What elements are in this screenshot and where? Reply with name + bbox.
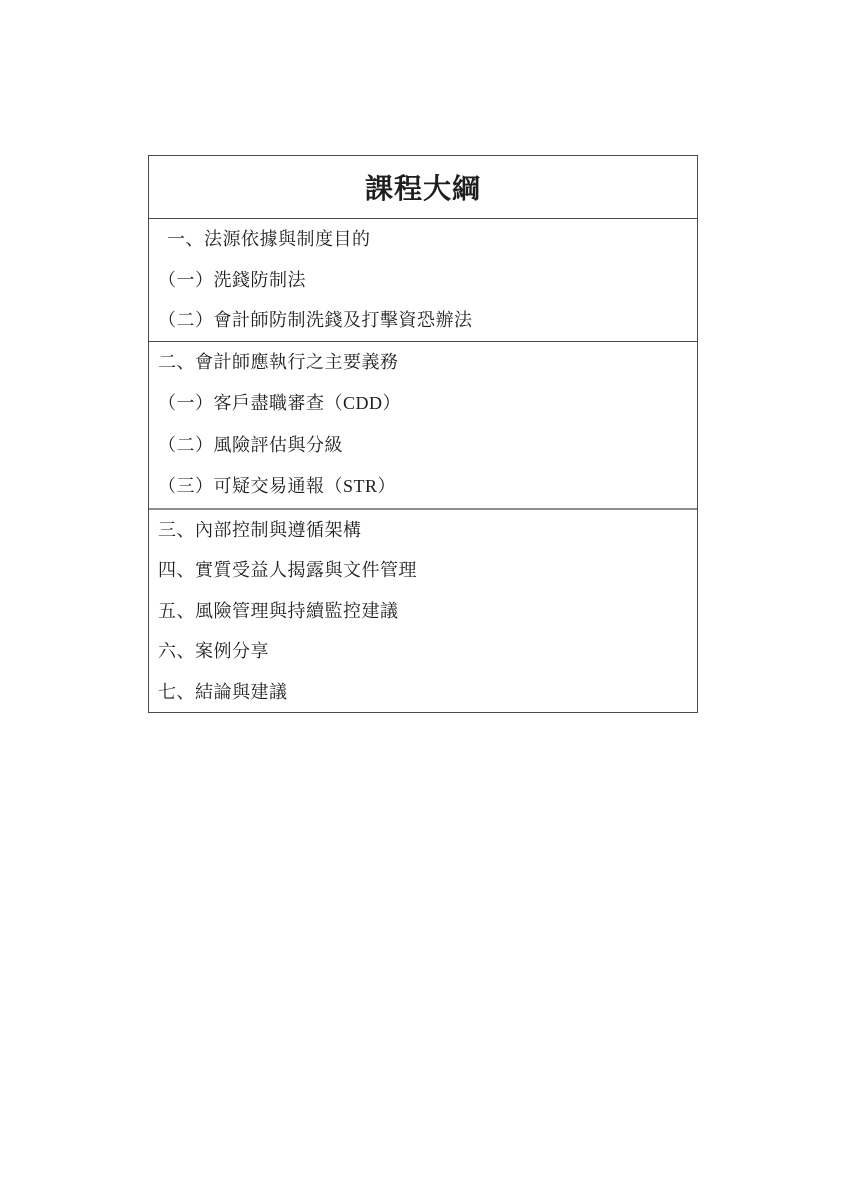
outline-item-2-3: （三）可疑交易通報（STR） bbox=[158, 466, 697, 508]
outline-item-1-2: （二）會計師防制洗錢及打擊資恐辦法 bbox=[158, 300, 697, 341]
page-title: 課程大綱 bbox=[365, 167, 481, 207]
outline-section-remaining-topics: 三、內部控制與遵循架構 四、實質受益人揭露與文件管理 五、風險管理與持續監控建議… bbox=[149, 510, 697, 713]
outline-item-7: 七、結論與建議 bbox=[158, 672, 697, 713]
outline-section-legal-basis: 一、法源依據與制度目的 （一）洗錢防制法 （二）會計師防制洗錢及打擊資恐辦法 bbox=[149, 219, 697, 342]
outline-item-2: 二、會計師應執行之主要義務 bbox=[158, 342, 697, 384]
course-outline-table: 課程大綱 一、法源依據與制度目的 （一）洗錢防制法 （二）會計師防制洗錢及打擊資… bbox=[148, 155, 698, 713]
outline-item-2-1: （一）客戶盡職審查（CDD） bbox=[158, 383, 697, 425]
table-title-row: 課程大綱 bbox=[149, 156, 697, 219]
outline-item-1: 一、法源依據與制度目的 bbox=[158, 219, 697, 260]
outline-section-main-obligations: 二、會計師應執行之主要義務 （一）客戶盡職審查（CDD） （二）風險評估與分級 … bbox=[149, 342, 697, 510]
outline-item-5: 五、風險管理與持續監控建議 bbox=[158, 591, 697, 632]
outline-item-4: 四、實質受益人揭露與文件管理 bbox=[158, 550, 697, 591]
outline-item-6: 六、案例分享 bbox=[158, 631, 697, 672]
outline-item-1-1: （一）洗錢防制法 bbox=[158, 260, 697, 301]
outline-item-3: 三、內部控制與遵循架構 bbox=[158, 510, 697, 551]
outline-item-2-2: （二）風險評估與分級 bbox=[158, 425, 697, 467]
